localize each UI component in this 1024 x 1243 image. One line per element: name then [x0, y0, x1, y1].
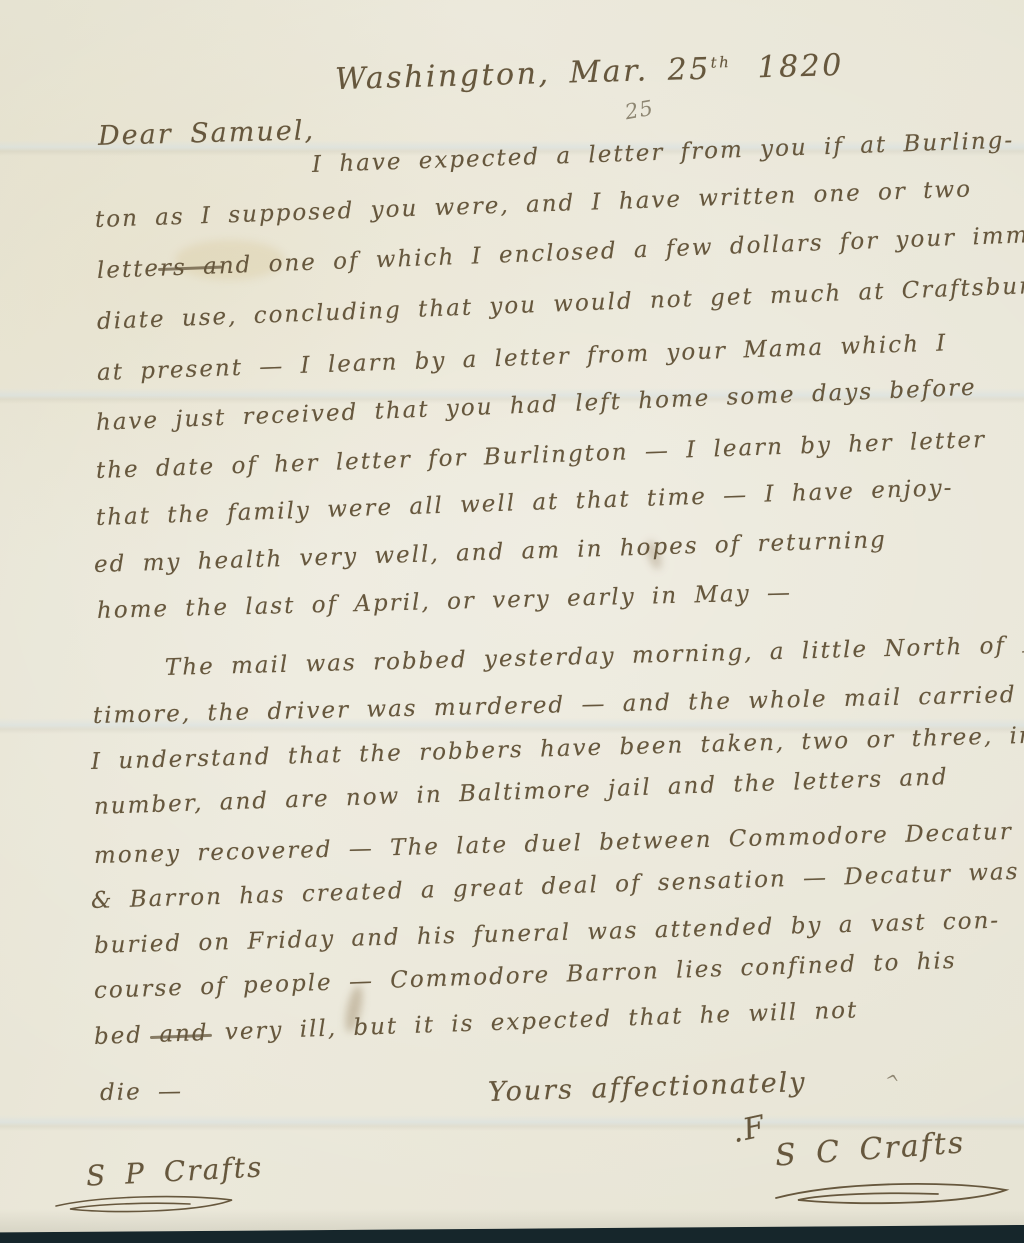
- signature: S C Crafts: [774, 1125, 966, 1173]
- letter-line: at present — I learn by a letter from yo…: [97, 330, 948, 386]
- letter-dateline: Washington, Mar. 25th1820: [335, 48, 845, 97]
- letter-line: ed my health very well, and am in hopes …: [94, 527, 888, 578]
- valediction: Yours affectionately: [488, 1067, 807, 1108]
- letter-line: & Barron has created a great deal of sen…: [91, 859, 1020, 914]
- signature-flourish: [768, 1178, 1018, 1210]
- letter-paper: Washington, Mar. 25th1820 25 Dear Samuel…: [0, 0, 1024, 1243]
- letter-line: that the family were all well at that ti…: [96, 475, 954, 531]
- docket-signature: S P Crafts: [85, 1150, 264, 1192]
- letter-line: diate use, concluding that you would not…: [97, 273, 1024, 335]
- letter-line: letters and one of which I enclosed a fe…: [97, 221, 1024, 284]
- salutation: Dear Samuel,: [98, 115, 316, 152]
- caret-mark: ^: [882, 1070, 903, 1094]
- dateline-year: 1820: [757, 48, 844, 85]
- letter-line: have just received that you had left hom…: [95, 375, 977, 436]
- letter-line: money recovered — The late duel between …: [94, 819, 1013, 869]
- docket-flourish: [50, 1192, 240, 1218]
- letter-final-word: die —: [100, 1079, 183, 1106]
- pencil-annotation: 25: [623, 96, 655, 125]
- letter-line: The mail was robbed yesterday morning, a…: [165, 631, 1024, 681]
- signature-ink-mark: .F: [729, 1109, 770, 1150]
- letter-line: number, and are now in Baltimore jail an…: [94, 764, 950, 820]
- letter-line: I have expected a letter from you if at …: [312, 127, 1015, 178]
- letter-line: ton as I supposed you were, and I have w…: [95, 176, 973, 233]
- letter-line: bed and very ill, but it is expected tha…: [94, 997, 859, 1050]
- letter-line: the date of her letter for Burlington — …: [96, 427, 987, 484]
- fold-crease: [0, 1115, 1024, 1131]
- scanned-letter-page: Washington, Mar. 25th1820 25 Dear Samuel…: [0, 0, 1024, 1243]
- dateline-superscript: th: [710, 53, 731, 72]
- letter-line: home the last of April, or very early in…: [97, 580, 793, 624]
- dateline-text: Washington, Mar. 25: [335, 52, 712, 97]
- letter-line: timore, the driver was murdered — and th…: [93, 680, 1024, 729]
- letter-line: course of people — Commodore Barron lies…: [94, 948, 957, 1004]
